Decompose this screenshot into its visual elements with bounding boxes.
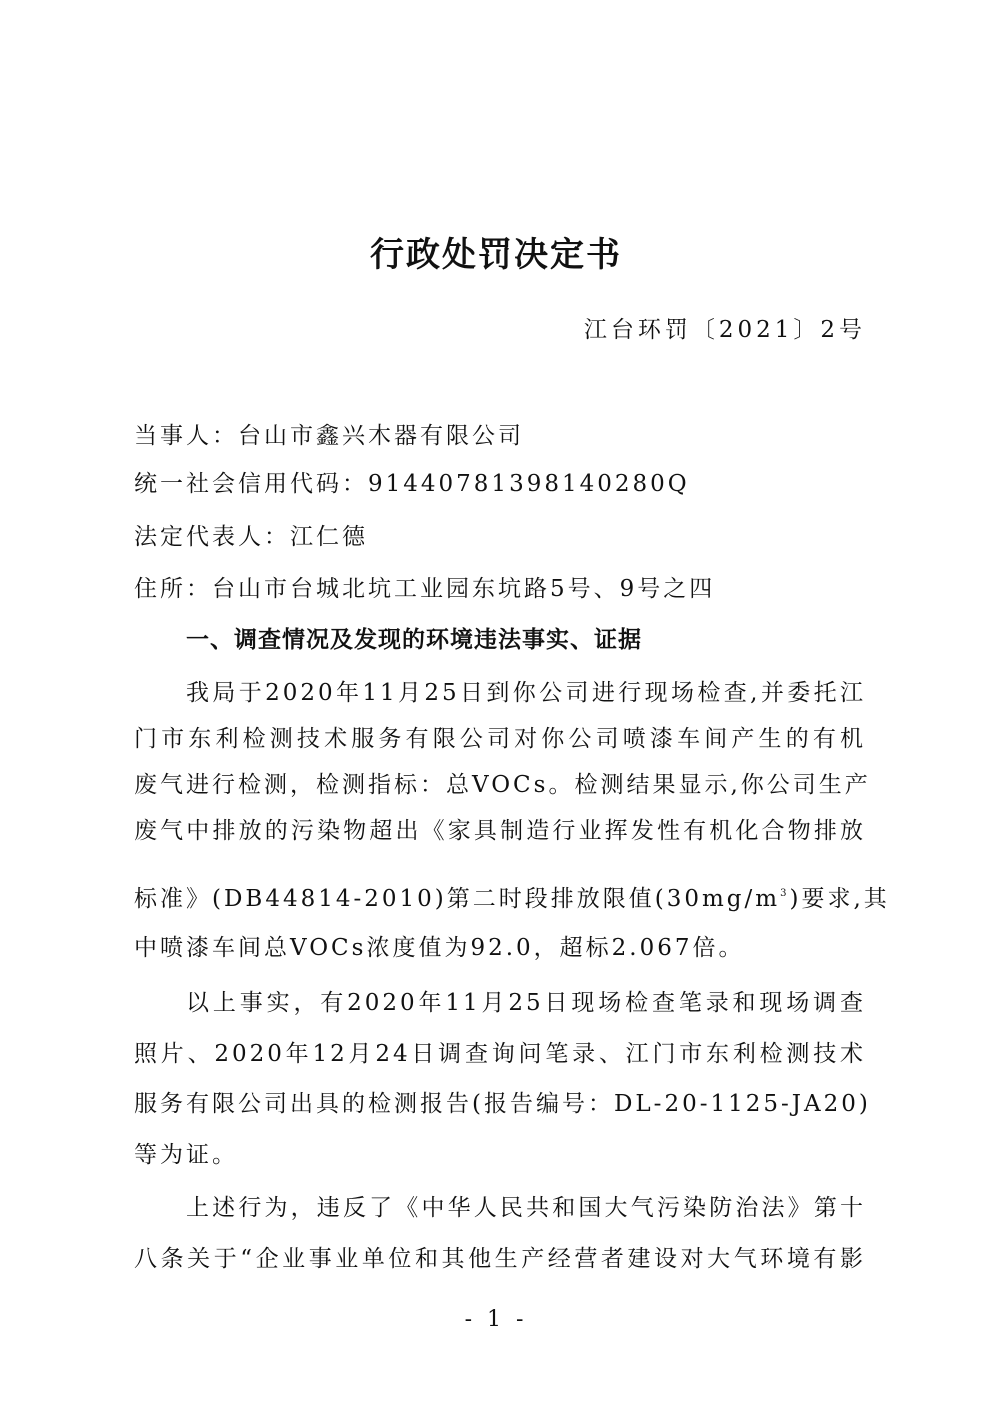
paragraph-text: )要求,其	[789, 886, 889, 912]
document-page: 行政处罚决定书 江台环罚〔2021〕2号 当事人：台山市鑫兴木器有限公司 统一社…	[0, 0, 992, 1403]
credit-code-label: 统一社会信用代码：	[134, 471, 368, 497]
legal-rep-label: 法定代表人：	[134, 524, 290, 550]
section-heading: 一、调查情况及发现的环境违法事实、证据	[186, 617, 642, 663]
paragraph-line: 照片、2020年12月24日调查询问笔录、江门市东利检测技术	[134, 1031, 866, 1077]
paragraph-line: 废气进行检测，检测指标：总VOCs。检测结果显示,你公司生产	[134, 762, 866, 808]
paragraph-line: 八条关于“企业事业单位和其他生产经营者建设对大气环境有影	[134, 1236, 866, 1282]
paragraph-line: 废气中排放的污染物超出《家具制造行业挥发性有机化合物排放	[134, 808, 866, 854]
paragraph-line-with-superscript: 标准》(DB44814-2010)第二时段排放限值(30mg/m3)要求,其	[134, 876, 866, 922]
credit-code-value: 91440781398140280Q	[368, 471, 690, 497]
document-title: 行政处罚决定书	[0, 230, 992, 280]
paragraph-line: 服务有限公司出具的检测报告(报告编号：DL-20-1125-JA20)	[134, 1081, 866, 1127]
paragraph-line: 上述行为，违反了《中华人民共和国大气污染防治法》第十	[186, 1185, 866, 1231]
paragraph-line: 中喷漆车间总VOCs浓度值为92.0，超标2.067倍。	[134, 925, 866, 971]
paragraph-text: 标准》(DB44814-2010)第二时段排放限值(30mg/m	[134, 886, 780, 912]
paragraph-line: 以上事实，有2020年11月25日现场检查笔录和现场调查	[186, 980, 866, 1026]
page-number: - 1 -	[0, 1300, 992, 1340]
address-label: 住所：	[134, 576, 212, 602]
address-value: 台山市台城北坑工业园东坑路5号、9号之四	[212, 576, 715, 602]
paragraph-line: 我局于2020年11月25日到你公司进行现场检查,并委托江	[186, 670, 866, 716]
paragraph-line: 等为证。	[134, 1132, 866, 1178]
party-value: 台山市鑫兴木器有限公司	[238, 423, 524, 449]
party-label: 当事人：	[134, 423, 238, 449]
address-line: 住所：台山市台城北坑工业园东坑路5号、9号之四	[134, 566, 866, 612]
credit-code-line: 统一社会信用代码：91440781398140280Q	[134, 461, 866, 507]
legal-rep-line: 法定代表人：江仁德	[134, 514, 866, 560]
document-number: 江台环罚〔2021〕2号	[584, 310, 866, 350]
legal-rep-value: 江仁德	[290, 524, 368, 550]
paragraph-line: 门市东利检测技术服务有限公司对你公司喷漆车间产生的有机	[134, 716, 866, 762]
party-line: 当事人：台山市鑫兴木器有限公司	[134, 413, 866, 459]
